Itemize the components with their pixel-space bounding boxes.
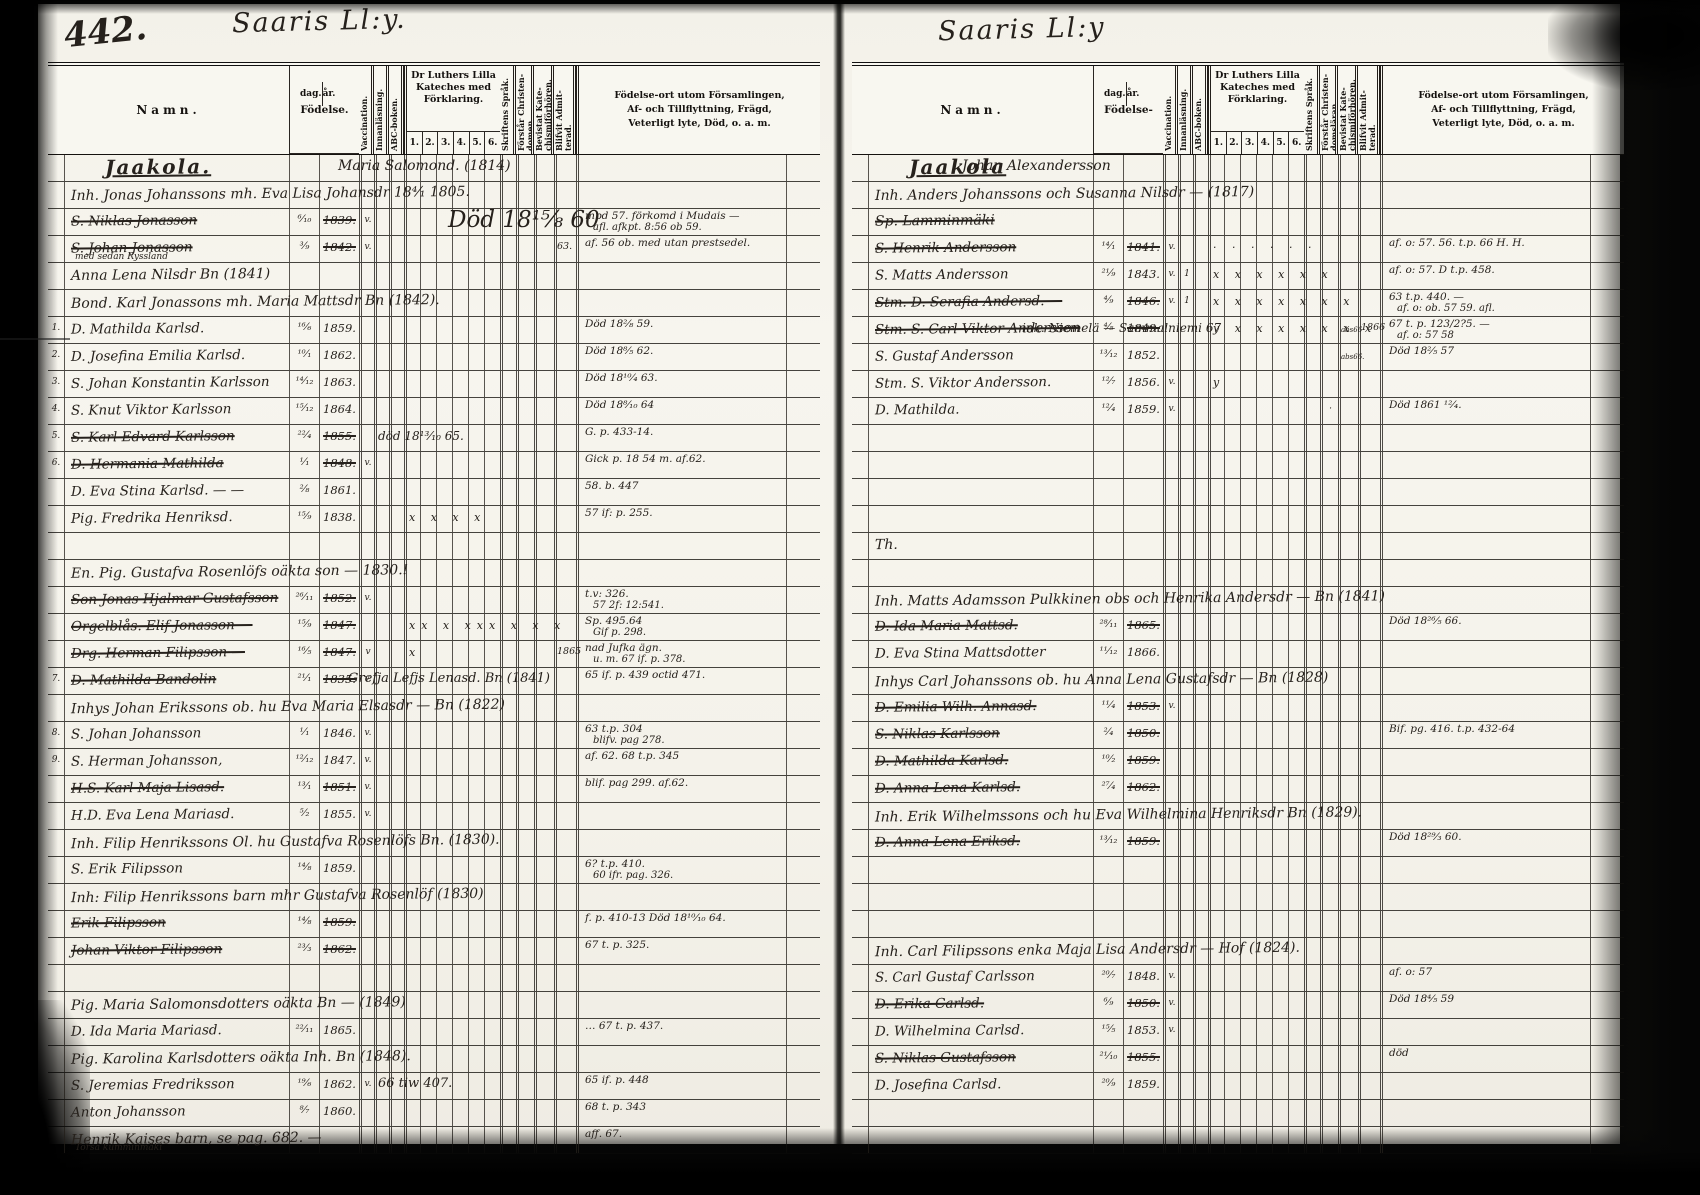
cell-m — [786, 830, 820, 856]
cell-sp — [500, 533, 516, 559]
cell-bk — [534, 452, 554, 478]
vaccination-mark: v. — [362, 452, 374, 474]
cell-bk — [534, 317, 554, 343]
person-name: D. Anna Lena Karlsd. — [869, 775, 1020, 801]
cell-i — [374, 911, 389, 937]
cell-m — [786, 155, 820, 181]
cell-k4 — [452, 992, 468, 1018]
cell-k3 — [1240, 533, 1256, 559]
cell-fc — [1320, 641, 1338, 667]
cell-sp — [500, 317, 516, 343]
cell-a — [389, 614, 404, 640]
village-heading-row: JaakolaJohan Alexandersson — [852, 155, 1624, 182]
cell-k3 — [436, 911, 452, 937]
cell-i — [1178, 992, 1193, 1018]
cell-bk — [534, 155, 554, 181]
cell-v: v. — [359, 722, 374, 748]
cell-i — [1178, 749, 1193, 775]
cell-dag: ²⁰⁄₇ — [1093, 965, 1123, 991]
vaccination-mark: v — [362, 641, 374, 663]
cell-name: S. Johan Konstantin Karlsson — [64, 371, 289, 397]
cell-ar: 1859. — [319, 911, 359, 937]
cell-bk — [1338, 1046, 1358, 1072]
cell-k1 — [1208, 155, 1224, 181]
cell-m — [786, 722, 820, 748]
cell-note — [1380, 371, 1590, 397]
cell-k1 — [1208, 344, 1224, 370]
person-row: S. Niklas Jonasson⁶⁄₁₀1839.v.mpd 57. för… — [48, 209, 820, 236]
cell-a — [1193, 155, 1208, 181]
cell-note — [1380, 1073, 1590, 1099]
cell-dag: ¹⁵⁄₁₂ — [289, 398, 319, 424]
cell-sp — [1304, 560, 1320, 586]
cell-i — [374, 1100, 389, 1126]
name-annotation: Torsa kumminmäki — [75, 1143, 162, 1153]
header-k6: 6. — [1288, 132, 1304, 154]
cell-k5 — [1272, 425, 1288, 451]
cell-bk — [1338, 155, 1358, 181]
birth-year: 1862. — [1124, 776, 1163, 799]
cell-ar: 1839. — [319, 209, 359, 235]
margin-note: 65 if. p. 439 octid 471. — [579, 668, 786, 681]
cell-dag: ²²⁄₁₁ — [289, 1019, 319, 1045]
cell-v — [1163, 884, 1178, 910]
cell-ba — [554, 1073, 576, 1099]
cell-k5 — [468, 1100, 484, 1126]
cell-k2 — [1224, 857, 1240, 883]
person-row: H.D. Eva Lena Mariasd.⁵⁄₂1855.v. — [48, 803, 820, 830]
birth-day: ⁸⁄₇ — [290, 1100, 319, 1122]
header-k6: 6. — [484, 132, 500, 154]
header-fodelse: Födelse. dag. år. — [289, 66, 359, 154]
cell-k4 — [1256, 1100, 1272, 1126]
cell-sp — [1304, 911, 1320, 937]
cell-bk — [1338, 965, 1358, 991]
cell-name: Inh: Filip Henrikssons barn mhr Gustafva… — [64, 884, 289, 910]
cell-bk — [534, 938, 554, 964]
birth-year: 1859. — [320, 317, 359, 340]
vaccination-mark: v. — [1166, 992, 1178, 1014]
birth-day: ²⁷⁄₄ — [1094, 776, 1123, 798]
cell-num — [852, 290, 868, 316]
cell-num — [852, 695, 868, 721]
cell-k2 — [1224, 371, 1240, 397]
birth-year: 1850. — [1124, 722, 1163, 745]
cell-k6 — [1288, 641, 1304, 667]
cell-ar: 1862. — [319, 1073, 359, 1099]
cell-bk — [534, 398, 554, 424]
cell-num — [852, 1046, 868, 1072]
cell-num — [852, 560, 868, 586]
cell-v — [359, 614, 374, 640]
cell-k3 — [1240, 884, 1256, 910]
cell-sp — [1304, 533, 1320, 559]
cell-k6 — [1288, 749, 1304, 775]
family-heading-row: Inhys Johan Erikssons ob. hu Eva Maria E… — [48, 695, 820, 722]
header-kateches-line3: Förklaring. — [1228, 94, 1287, 105]
cell-k4 — [1256, 722, 1272, 748]
cell-ba — [1358, 614, 1380, 640]
cell-k6 — [484, 1019, 500, 1045]
cell-k5 — [468, 533, 484, 559]
cell-k2 — [420, 479, 436, 505]
cell-sp — [500, 722, 516, 748]
birth-day: ¹⁴⁄₈ — [290, 911, 319, 933]
cell-k6 — [484, 182, 500, 208]
cell-dag: ¹³⁄₁₂ — [1093, 344, 1123, 370]
margin-note: Död 18⁸⁄₁₀ 64 — [579, 398, 786, 411]
person-name: S. Jeremias Fredriksson — [65, 1072, 235, 1098]
cell-i — [1178, 857, 1193, 883]
cell-i — [374, 1019, 389, 1045]
header-fodelseort-line2: Af- och Tillflyttning, Frägd, — [1431, 103, 1576, 117]
person-row: 4.S. Knut Viktor Karlsson¹⁵⁄₁₂1864.Död 1… — [48, 398, 820, 425]
family-heading-row: Inhys Carl Johanssons ob. hu Anna Lena G… — [852, 668, 1624, 695]
empty-row — [852, 506, 1624, 533]
cell-dag: ²⁸⁄₁₁ — [1093, 614, 1123, 640]
cell-note — [576, 992, 786, 1018]
person-name: Inh. Jonas Johanssons mh. Eva Lisa Johan… — [65, 180, 470, 208]
left-page-rows: Jaakola.Maria Salomond. (1814)Inh. Jonas… — [48, 155, 820, 1154]
cell-ar: 1847. — [319, 614, 359, 640]
margin-note: Död 1861 ¹²⁄₄. — [1383, 398, 1590, 411]
person-row: D. Wilhelmina Carlsd.¹⁵⁄₅1853.v. — [852, 1019, 1624, 1046]
header-dag: dag. — [1104, 82, 1126, 106]
cell-i — [374, 263, 389, 289]
cell-num — [852, 317, 868, 343]
cell-i — [1178, 533, 1193, 559]
cell-ba — [554, 533, 576, 559]
cell-k6 — [1288, 533, 1304, 559]
cell-ba — [554, 317, 576, 343]
cell-a — [1193, 695, 1208, 721]
cell-m — [786, 1019, 820, 1045]
cell-k1: x — [404, 641, 420, 667]
cell-i — [374, 587, 389, 613]
cell-ar: 1846. — [1123, 290, 1163, 316]
cell-k2 — [420, 992, 436, 1018]
cell-m — [786, 803, 820, 829]
header-forstar-christendomslaran: Förstår Christen- domsläran. — [1320, 66, 1338, 154]
cell-dag — [289, 263, 319, 289]
header-fodelse-label: Födelse- — [1094, 66, 1163, 154]
cell-a — [389, 1100, 404, 1126]
cell-bk — [1338, 452, 1358, 478]
cell-num — [852, 938, 868, 964]
cell-sp — [1304, 452, 1320, 478]
cell-ba — [554, 479, 576, 505]
margin-note-line2: 60 ifr. pag. 326. — [579, 870, 786, 881]
cell-k2 — [420, 1019, 436, 1045]
cell-v — [1163, 722, 1178, 748]
cell-ba — [554, 398, 576, 424]
cell-k4 — [1256, 479, 1272, 505]
cell-ar — [1123, 155, 1163, 181]
cell-bk — [534, 425, 554, 451]
cell-note — [1380, 884, 1590, 910]
vaccination-mark: v. — [362, 776, 374, 798]
cell-v — [1163, 857, 1178, 883]
birth-year: 1859. — [1124, 830, 1163, 853]
cell-ba — [1358, 722, 1380, 748]
cell-sp — [500, 911, 516, 937]
cell-i — [1178, 1019, 1193, 1045]
cell-ar: 1866. — [1123, 641, 1163, 667]
kateches-marks: xx x xxx x x x — [409, 614, 566, 638]
cell-dag — [1093, 884, 1123, 910]
cell-fc — [1320, 614, 1338, 640]
margin-note: blif. pag 299. af.62. — [579, 776, 786, 789]
family-heading-row: Bond. Karl Jonassons mh. Maria Mattsdr B… — [48, 290, 820, 317]
cell-v — [359, 398, 374, 424]
person-row: Stm. S. Viktor Andersson.¹²⁄₇1856.v.y — [852, 371, 1624, 398]
cell-m — [786, 749, 820, 775]
cell-num — [852, 479, 868, 505]
cell-i — [374, 479, 389, 505]
cell-name: S. Henrik Andersson — [868, 236, 1093, 262]
header-ar: år. — [1126, 82, 1140, 106]
cell-k5 — [1272, 1100, 1288, 1126]
cell-name: S. Knut Viktor Karlsson — [64, 398, 289, 424]
cell-k1 — [1208, 641, 1224, 667]
cell-k6 — [1288, 560, 1304, 586]
cell-fc — [1320, 155, 1338, 181]
cell-k5 — [1272, 1073, 1288, 1099]
cell-k2 — [420, 587, 436, 613]
cell-m — [786, 560, 820, 586]
vaccination-mark: v. — [362, 722, 374, 744]
cell-a — [389, 398, 404, 424]
cell-sp — [1304, 479, 1320, 505]
cell-v: v. — [1163, 371, 1178, 397]
cell-name: Inh. Erik Wilhelmssons och hu Eva Wilhel… — [868, 803, 1093, 829]
cell-m — [786, 236, 820, 262]
cell-k6 — [484, 884, 500, 910]
cell-num — [852, 884, 868, 910]
cell-v — [1163, 1100, 1178, 1126]
cell-fc — [1320, 371, 1338, 397]
cell-ar: 1864. — [319, 398, 359, 424]
birth-day: ²¹⁄₁ — [290, 668, 319, 690]
cell-note: 65 if. p. 439 octid 471. — [576, 668, 786, 694]
cell-fc — [516, 506, 534, 532]
cell-i — [374, 803, 389, 829]
cell-k6 — [1288, 965, 1304, 991]
birth-day: ²¹⁄₉ — [1094, 263, 1123, 285]
cell-note — [1380, 155, 1590, 181]
cell-v: v — [359, 641, 374, 667]
person-row: 7.D. Mathilda Bandolin²¹⁄₁1835.v.65 if. … — [48, 668, 820, 695]
cell-i — [1178, 1073, 1193, 1099]
cell-sp — [500, 1100, 516, 1126]
cell-m — [786, 506, 820, 532]
cell-k6 — [484, 560, 500, 586]
cell-dag — [1093, 209, 1123, 235]
empty-row — [48, 533, 820, 560]
person-name: Anton Johansson — [65, 1099, 186, 1124]
cell-fc — [1320, 857, 1338, 883]
cell-fc — [516, 452, 534, 478]
birth-year: 1848. — [1124, 965, 1163, 988]
person-row: S. Matts Andersson²¹⁄₉1843.v.1x x x x x … — [852, 263, 1624, 290]
cell-num — [852, 587, 868, 613]
cell-k5 — [1272, 857, 1288, 883]
cell-m — [786, 668, 820, 694]
cell-ar: 1856. — [1123, 371, 1163, 397]
cell-i — [1178, 209, 1193, 235]
cell-bk — [1338, 911, 1358, 937]
cell-k4 — [452, 641, 468, 667]
birth-year: 1862. — [320, 1073, 359, 1096]
cell-k5 — [468, 560, 484, 586]
cell-k2 — [420, 533, 436, 559]
cell-dag: ¹⁵⁄₉ — [289, 506, 319, 532]
cell-k3 — [1240, 155, 1256, 181]
cell-dag: ²⁶⁄₁₁ — [289, 587, 319, 613]
birth-year: 1843. — [1124, 263, 1163, 286]
cell-k6 — [484, 1073, 500, 1099]
cell-ba — [554, 1046, 576, 1072]
person-name: Inhys Carl Johanssons ob. hu Anna Lena G… — [869, 666, 1329, 695]
cell-bk — [534, 857, 554, 883]
cell-note — [576, 695, 786, 721]
cell-num — [852, 263, 868, 289]
cell-sp — [1304, 857, 1320, 883]
cell-ar: 1859. — [1123, 749, 1163, 775]
cell-ba — [554, 587, 576, 613]
family-heading-row: Inh. Filip Henrikssons Ol. hu Gustafva R… — [48, 830, 820, 857]
cell-sp — [1304, 992, 1320, 1018]
cell-a — [389, 344, 404, 370]
cell-note: Död 18²⁹⁄₃ 60. — [1380, 830, 1590, 856]
cell-fc — [516, 587, 534, 613]
cell-k5 — [468, 1046, 484, 1072]
header-kateches-line2: Kateches med — [1220, 82, 1295, 93]
cell-k5 — [468, 965, 484, 991]
cell-ba — [1358, 992, 1380, 1018]
cell-note: Död 18²⁄₅ 57 — [1380, 344, 1590, 370]
cell-ba — [1358, 263, 1380, 289]
cell-bk — [1338, 830, 1358, 856]
person-row: Son Jonas Hjalmar Gustafsson²⁶⁄₁₁1852.v.… — [48, 587, 820, 614]
cell-ar: 1855. — [319, 803, 359, 829]
cell-ba — [554, 776, 576, 802]
cell-sp — [1304, 749, 1320, 775]
cell-k6 — [1288, 479, 1304, 505]
cell-ba — [554, 803, 576, 829]
cell-k1: x x x x x x x — [1208, 290, 1224, 316]
cell-k4 — [452, 290, 468, 316]
cell-dag: ²⁰⁄₉ — [1093, 1073, 1123, 1099]
cell-fc — [1320, 1046, 1338, 1072]
cell-dag: ¹⁴⁄₁ — [1093, 236, 1123, 262]
birth-day: ²²⁄₄ — [290, 425, 319, 447]
person-name: Inh. Carl Filipssons enka Maja Lisa Ande… — [869, 936, 1300, 965]
cell-v: v. — [1163, 992, 1178, 1018]
cell-dag — [1093, 452, 1123, 478]
cell-k3 — [436, 236, 452, 262]
cell-k2 — [1224, 992, 1240, 1018]
person-row: 9.S. Herman Johansson,¹²⁄₁₂1847.v.af. 62… — [48, 749, 820, 776]
cell-note — [1380, 452, 1590, 478]
cell-fc — [516, 263, 534, 289]
spanning-annotation: Död 18¹⁵⁄₈ 60 — [448, 207, 600, 233]
cell-k1 — [404, 317, 420, 343]
header-k2: 2. — [1226, 132, 1242, 154]
cell-bk — [1338, 614, 1358, 640]
cell-k2 — [420, 452, 436, 478]
cell-a — [1193, 1100, 1208, 1126]
cell-fc — [1320, 344, 1338, 370]
bevistat-mark: abs66. — [1341, 344, 1358, 362]
cell-k1: · · · · · · — [1208, 236, 1224, 262]
cell-v: v. — [1163, 1019, 1178, 1045]
empty-row — [852, 857, 1624, 884]
cell-sp — [500, 776, 516, 802]
cell-v — [359, 317, 374, 343]
cell-k4 — [1256, 506, 1272, 532]
cell-k6 — [484, 236, 500, 262]
cell-name — [868, 452, 1093, 478]
header-k2: 2. — [422, 132, 438, 154]
cell-k4 — [1256, 1046, 1272, 1072]
cell-i: 1 — [1178, 263, 1193, 289]
person-name: Pig. Fredrika Henriksd. — [65, 505, 233, 531]
cell-note: Död 18⁸⁄₁₀ 64 — [576, 398, 786, 424]
header-fodelseort-line3: Veterligt lyte, Död, o. a. m. — [628, 117, 770, 131]
cell-fc — [516, 1100, 534, 1126]
cell-i — [374, 452, 389, 478]
cell-bk — [534, 236, 554, 262]
cell-k5 — [468, 803, 484, 829]
person-name: D. Ida Maria Mattsd. — [869, 613, 1018, 639]
cell-v — [359, 479, 374, 505]
cell-k4 — [1256, 776, 1272, 802]
cell-k2 — [1224, 398, 1240, 424]
person-name: Inh: Filip Henrikssons barn mhr Gustafva… — [65, 882, 484, 910]
cell-k5 — [468, 857, 484, 883]
cell-ba — [554, 1019, 576, 1045]
header-bevistat-katechismiforhoren: Bevistat Kate- chismiförhören. — [1338, 66, 1358, 154]
cell-name: S. Niklas Jonasson — [64, 209, 289, 235]
cell-k2 — [1224, 614, 1240, 640]
cell-k6 — [1288, 830, 1304, 856]
cell-k6 — [484, 398, 500, 424]
cell-k1 — [404, 992, 420, 1018]
cell-num — [852, 857, 868, 883]
cell-k2 — [1224, 344, 1240, 370]
cell-k5 — [1272, 749, 1288, 775]
cell-bk — [534, 1046, 554, 1072]
cell-bk — [534, 830, 554, 856]
cell-k1 — [1208, 695, 1224, 721]
cell-bk — [534, 263, 554, 289]
person-row: D. Eva Stina Karlsd. — —²⁄₈1861.58. b. 4… — [48, 479, 820, 506]
cell-k1 — [1208, 1046, 1224, 1072]
cell-k6 — [484, 857, 500, 883]
cell-dag — [289, 533, 319, 559]
cell-bk — [1338, 938, 1358, 964]
margin-note-line2: af. o: 57 58 — [1383, 330, 1590, 341]
cell-k5 — [468, 722, 484, 748]
margin-note: 6? t.p. 410. — [579, 857, 786, 870]
margin-note-line2: afl. afkpt. 8:56 ob 59. — [579, 222, 786, 233]
cell-note — [1380, 506, 1590, 532]
cell-k6 — [484, 479, 500, 505]
cell-k6 — [484, 641, 500, 667]
person-row: D. Mathilda Karlsd.¹⁰⁄₂1859. — [852, 749, 1624, 776]
cell-k6 — [484, 290, 500, 316]
